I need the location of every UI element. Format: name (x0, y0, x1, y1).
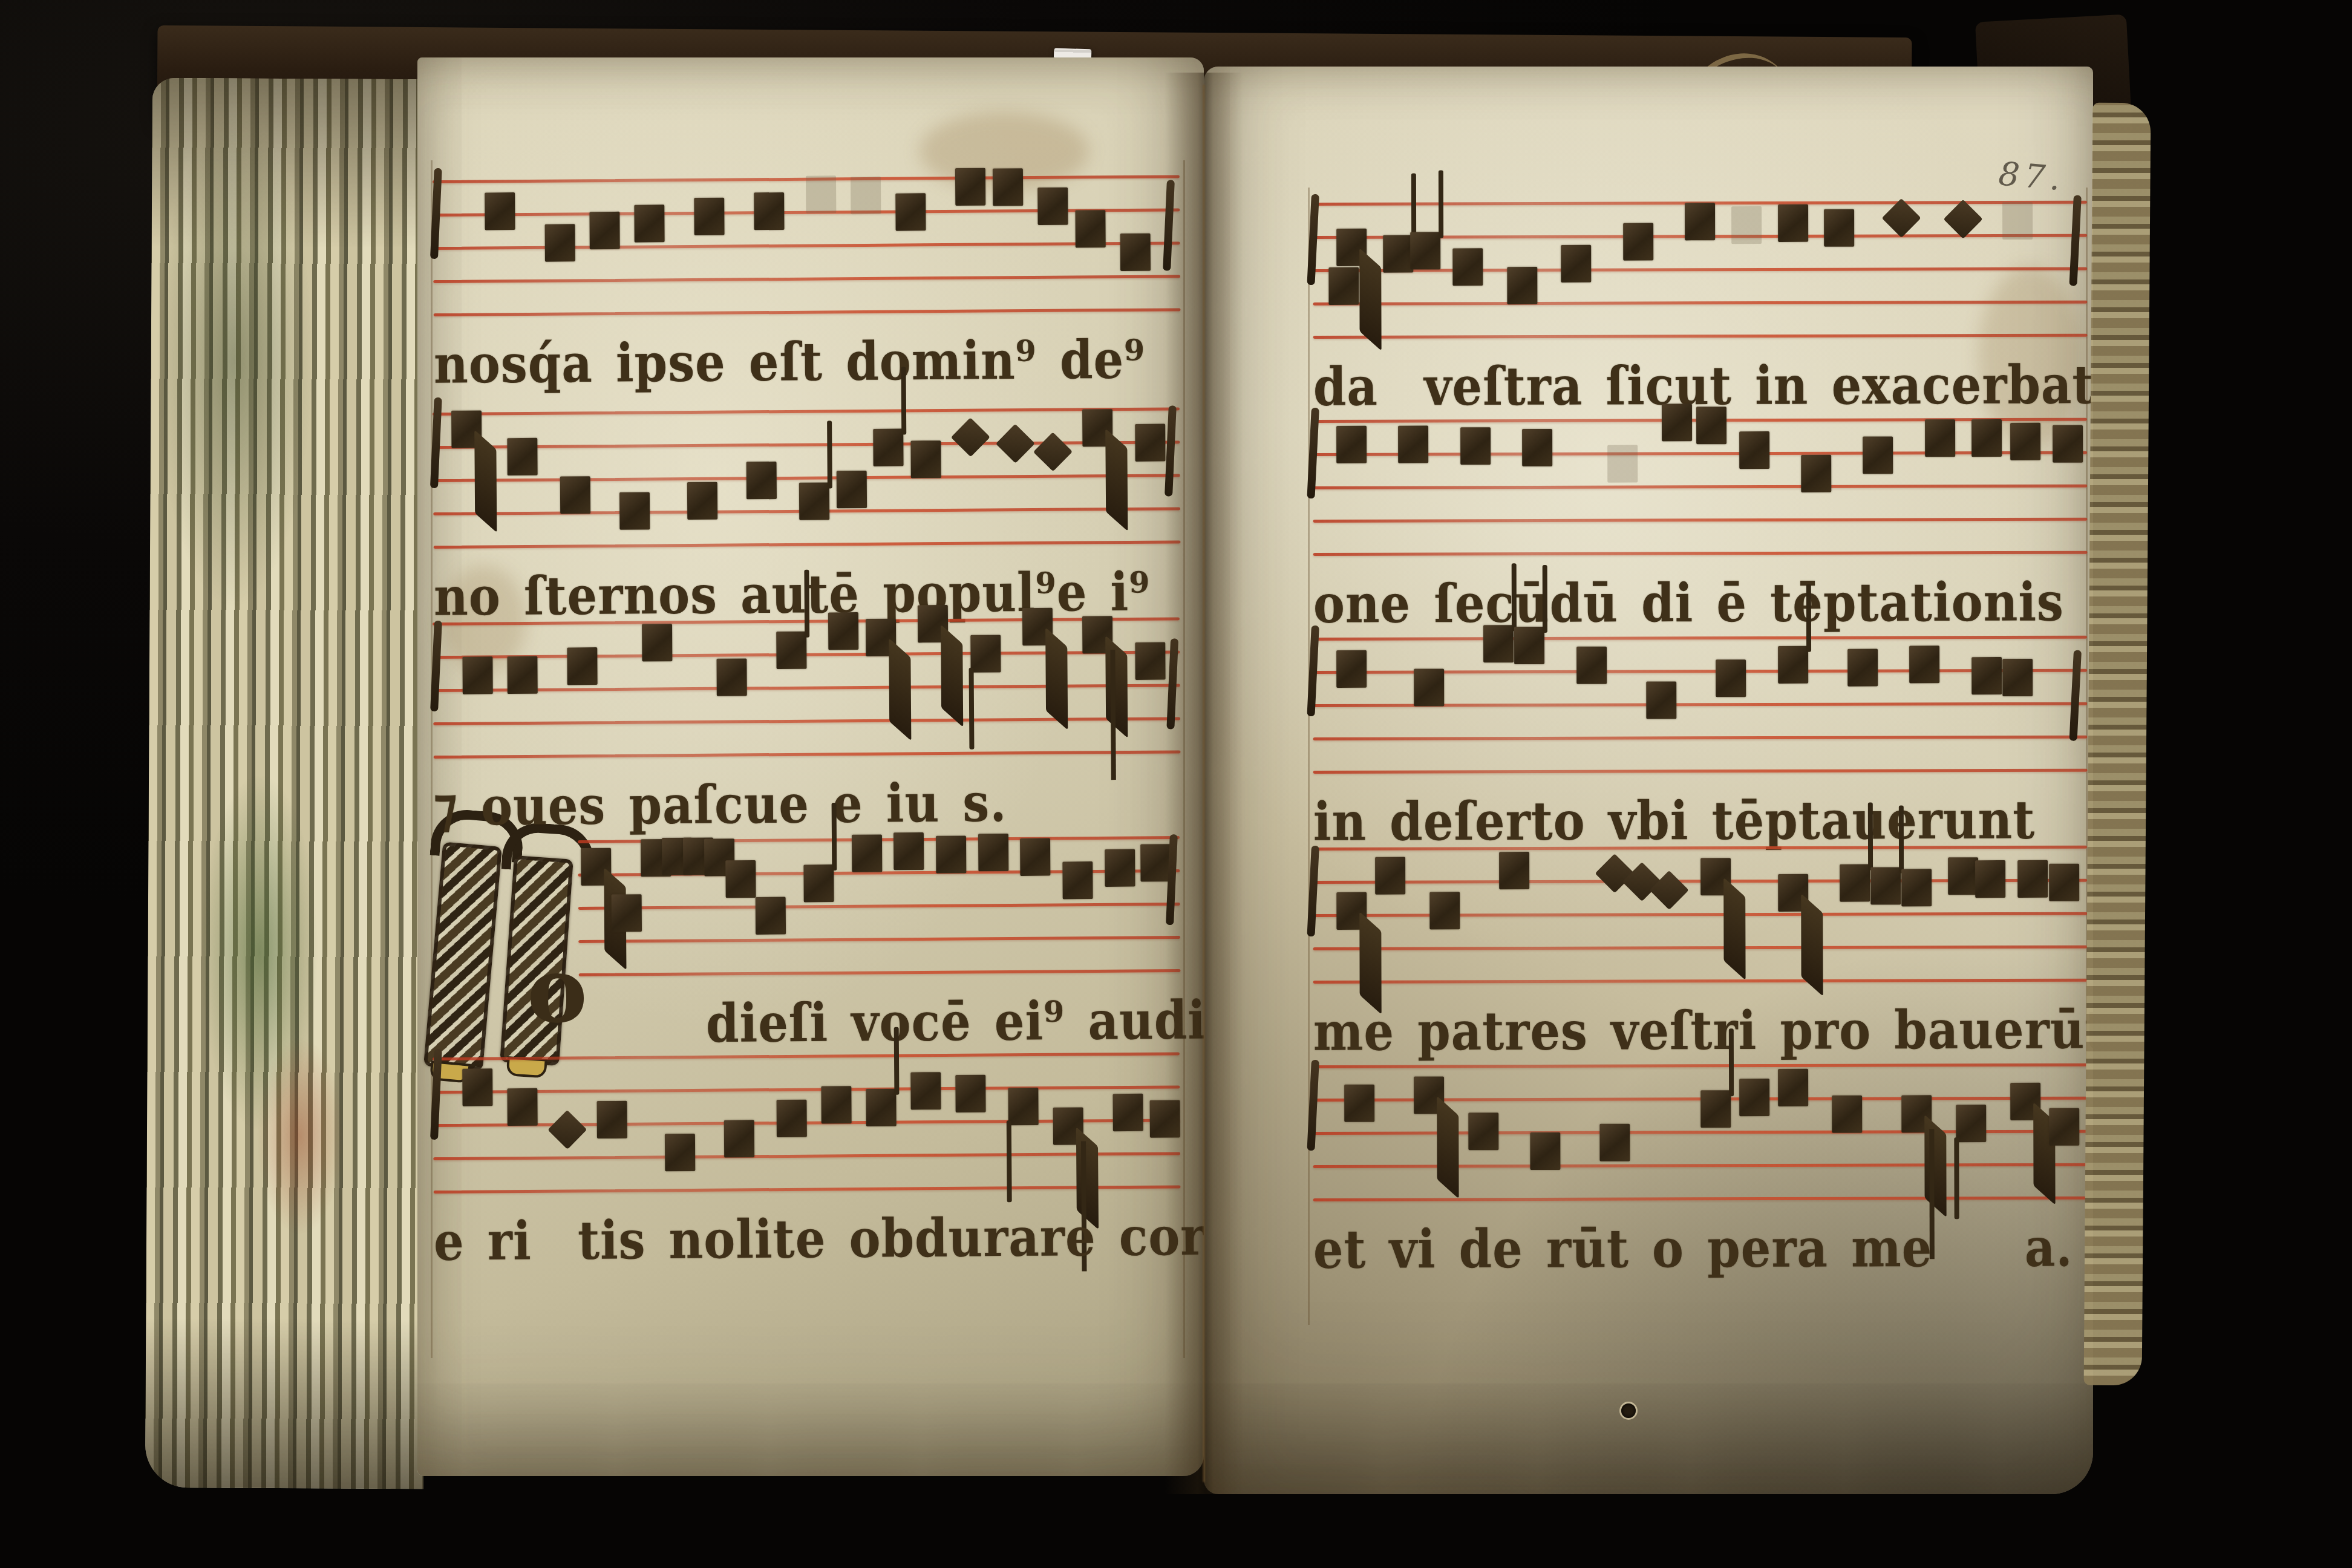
neume-flagged-stem (1053, 1107, 1083, 1145)
initial-braid-column (423, 841, 502, 1071)
neume-square (1075, 210, 1105, 247)
neume-square (896, 193, 926, 230)
staff-line (434, 750, 1181, 759)
custos-mark (2069, 195, 2082, 286)
chant-system: ⁊ oues paſcue e iu s. (433, 617, 1181, 850)
chant-system: me patres veſtri pro bauerūt (1313, 846, 2088, 1075)
neume-square (687, 482, 717, 519)
wormhole (1621, 1403, 1636, 1418)
neume-stem-up (874, 429, 904, 466)
neume-square (1824, 209, 1854, 247)
chant-text-line: nosq́a ipse eſt domin⁹ de⁹ (434, 322, 1181, 417)
neume-square (910, 1072, 941, 1109)
neume-square (508, 1088, 538, 1125)
neume-square (1105, 849, 1135, 887)
neume-square (2010, 422, 2040, 460)
neume-flagged (2010, 1083, 2040, 1120)
neume-square (1863, 436, 1893, 474)
neume-square (1020, 838, 1050, 876)
staff-line (1313, 736, 2087, 740)
neume-square (619, 492, 650, 529)
neume-square (485, 192, 515, 230)
neume-square (1646, 681, 1676, 719)
staff-line (579, 969, 1181, 976)
neume-stem-up (1514, 627, 1544, 664)
neume-square (1037, 187, 1068, 224)
manuscript-photo: o nosq́a ipse eſt domin⁹ de⁹no ſternos a… (0, 0, 2352, 1568)
neume-flagged (1414, 1076, 1444, 1114)
neume-square (664, 1133, 694, 1171)
neume-square (567, 647, 597, 685)
staff-line (578, 936, 1180, 943)
music-staff (1313, 846, 2088, 984)
neume-square (1971, 657, 2002, 694)
neume-flagged-stem (1082, 616, 1112, 653)
neume-square (694, 198, 724, 235)
neume-flagged (1336, 229, 1367, 266)
neume-square (828, 612, 858, 650)
page-edge-right (2084, 103, 2151, 1386)
music-staff (578, 836, 1181, 977)
staff-line (1313, 518, 2087, 523)
neume-square (1429, 892, 1460, 929)
neume-square (462, 1068, 492, 1106)
neume-square (1971, 419, 2002, 457)
neume-square (1847, 649, 1878, 687)
neume-square (1696, 407, 1726, 444)
neume-square (1375, 857, 1405, 894)
neume-square (1685, 203, 1715, 240)
chant-text-line: et vi de rūt o pera me a. (1313, 1211, 2088, 1302)
neume-square (507, 438, 537, 475)
chant-system: one ſecūdū di ē tēptationis (1313, 418, 2088, 647)
neume-stem-down (970, 635, 1001, 672)
neume-stem-down (1956, 1105, 1986, 1142)
neume-square (1662, 403, 1692, 441)
neume-diamond (996, 423, 1035, 463)
neume-flagged (1778, 874, 1808, 912)
neume-square (978, 834, 1008, 871)
neume-flagged (918, 605, 948, 642)
neume-square (1522, 429, 1552, 466)
neume-square (955, 1075, 985, 1112)
staff-line (433, 1152, 1180, 1160)
neume-square (852, 834, 882, 872)
neume-square (642, 624, 672, 661)
neume-square (1452, 249, 1483, 286)
chant-text-line: e ri tis nolite obdurare cor (434, 1200, 1181, 1294)
neume-square (1948, 857, 1978, 895)
neume-square (1530, 1132, 1560, 1170)
neume-square (544, 224, 575, 261)
neume-ghost (1607, 445, 1638, 483)
neume-square (836, 471, 866, 508)
staff-line (1313, 1163, 2087, 1168)
neume-flagged (1336, 892, 1367, 929)
neume-flagged (1082, 409, 1112, 446)
custos-mark (430, 620, 442, 711)
neume-stem-down (1008, 1088, 1038, 1125)
neume-square (611, 894, 641, 932)
neume-square (1135, 423, 1165, 461)
neume-square (1398, 426, 1428, 463)
music-staff (1313, 636, 2088, 774)
neume-square (589, 212, 619, 249)
neume-flagged (581, 848, 611, 886)
neume-stem-up (1410, 232, 1440, 269)
neume-square (462, 656, 492, 694)
neume-square (910, 440, 941, 478)
neume-square (1135, 642, 1165, 679)
neume-stem-up (803, 864, 834, 902)
neume-square (993, 168, 1023, 206)
staff-line (434, 308, 1181, 316)
staff-line (434, 1185, 1181, 1194)
gutter-fold-line (1203, 85, 1205, 1482)
neume-square (1414, 668, 1444, 706)
neume-square (508, 656, 538, 694)
neume-square (2049, 1108, 2079, 1145)
staff-line (433, 717, 1180, 725)
neume-stem-up (799, 483, 829, 520)
neume-flagged (1022, 608, 1053, 645)
right-page: 87. da veſtra ſicut in exacerbatione ſec… (1204, 67, 2093, 1494)
neume-square (1739, 1079, 1769, 1116)
page-edges-tint (145, 78, 431, 1489)
folio-number: 87. (1998, 154, 2067, 198)
staff-line (1313, 551, 2088, 556)
music-staff (433, 407, 1181, 549)
neume-flagged (1700, 858, 1731, 895)
staff-line (578, 903, 1180, 910)
neume-square (1901, 869, 1932, 906)
staff-line (1313, 946, 2087, 950)
neume-square (634, 205, 664, 243)
neume-square (724, 1120, 754, 1157)
staff-line (1313, 979, 2088, 984)
neume-square (560, 476, 590, 514)
music-staff (433, 1052, 1181, 1194)
neume-square (1112, 1094, 1143, 1131)
neume-flagged (451, 410, 482, 448)
neume-stem-up (866, 1089, 896, 1126)
staff-line (433, 684, 1180, 692)
neume-flagged-stem (1902, 1095, 1932, 1132)
neume-square (1716, 659, 1746, 697)
neume-square (1975, 860, 2005, 898)
neume-square (1623, 223, 1653, 261)
staff-line (433, 474, 1180, 482)
neume-square (1778, 1068, 1808, 1106)
margin-ruling-line (431, 160, 433, 1358)
neume-square (936, 835, 966, 873)
neume-square (1468, 1112, 1498, 1150)
neume-stem-up (1870, 867, 1901, 904)
chant-system: da veſtra ſicut in exacerbati (1313, 201, 2088, 430)
music-staff (1313, 1063, 2088, 1202)
music-staff (433, 617, 1181, 759)
neume-square (725, 860, 756, 898)
neume-square (1328, 267, 1359, 304)
staff-line (1313, 1197, 2088, 1201)
neume-square (2017, 860, 2048, 898)
neume-diamond (1944, 200, 1983, 239)
music-staff (1313, 201, 2088, 339)
custos-mark (2069, 650, 2082, 740)
neume-square (2049, 863, 2079, 901)
neume-square (2053, 425, 2083, 463)
neume-square (821, 1086, 851, 1123)
neume-square (754, 192, 784, 230)
neume-square (776, 1099, 806, 1137)
music-staff (1313, 418, 2088, 557)
neume-stem-up (1483, 625, 1514, 662)
neume-diamond (548, 1110, 587, 1149)
page-edges-stack (145, 78, 431, 1489)
neume-square (1344, 1085, 1374, 1122)
neume-ghost (851, 177, 881, 214)
neume-square (1507, 267, 1537, 304)
neume-square (1576, 646, 1607, 684)
neume-square (2002, 659, 2033, 696)
neume-diamond (1033, 432, 1073, 471)
neume-square (1561, 245, 1591, 283)
staff-line (433, 275, 1180, 283)
chant-system: nosq́a ipse eſt domin⁹ de⁹ (433, 175, 1181, 408)
neume-square (1801, 455, 1831, 492)
neume-stem-up (1778, 646, 1808, 684)
neume-stem-up (1840, 864, 1870, 901)
neume-ghost (1731, 206, 1762, 244)
neume-stem-up (1700, 1090, 1731, 1128)
neume-ghost (2002, 202, 2033, 240)
neume-ghost (806, 175, 836, 213)
neume-square (1336, 650, 1367, 688)
staff-line (434, 540, 1181, 549)
chant-system: in deſerto vbi tēptauerunt (1313, 636, 2088, 865)
neume-square (1832, 1095, 1862, 1132)
neume-square (1909, 645, 1939, 683)
staff-line (1313, 485, 2087, 489)
neume-square (1499, 852, 1529, 889)
neume-square (1336, 426, 1367, 463)
neume-square (1120, 233, 1151, 270)
neume-flagged (866, 619, 896, 656)
chant-system: dieſi vocē ei⁹ audi (578, 836, 1181, 1068)
staff-line (1313, 769, 2088, 774)
neume-square (756, 897, 786, 934)
margin-ruling-line (1308, 188, 1310, 1325)
staff-line (1313, 334, 2088, 339)
neume-square (716, 658, 746, 696)
neume-stem-up (776, 631, 806, 668)
staff-line (433, 1085, 1180, 1094)
neume-square (1925, 419, 1955, 457)
neume-square (1778, 204, 1808, 242)
neume-square (1062, 861, 1093, 899)
neume-square (1460, 427, 1491, 465)
neume-diamond (951, 417, 990, 457)
neume-square (597, 1100, 627, 1138)
neume-stem-up (1383, 235, 1413, 273)
neume-square (1599, 1124, 1630, 1161)
staff-line (1313, 301, 2087, 305)
music-staff (433, 175, 1181, 317)
neume-square (893, 832, 924, 870)
chant-system: e ri tis nolite obdurare cor (433, 1052, 1181, 1285)
neume-square (746, 462, 777, 499)
left-page: o nosq́a ipse eſt domin⁹ de⁹no ſternos a… (417, 57, 1204, 1476)
neume-square (1739, 431, 1769, 469)
chant-system: et vi de rūt o pera me a. (1313, 1063, 2088, 1293)
neume-square (955, 168, 985, 205)
